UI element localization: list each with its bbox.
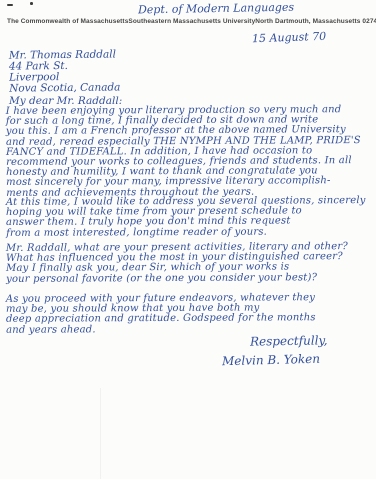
handwritten-department: Dept. of Modern Languages xyxy=(138,1,294,17)
paragraph-3: Mr. Raddall, what are your present activ… xyxy=(6,242,348,285)
paragraph-4: As you proceed with your future endeavor… xyxy=(6,293,316,335)
scan-artifact xyxy=(7,4,13,6)
scan-artifact xyxy=(30,2,33,5)
letterhead-center: Southeastern Massachusetts University xyxy=(128,18,255,25)
paragraph-1: I have been enjoying your literary produ… xyxy=(6,105,361,199)
valediction: Respectfully, xyxy=(250,333,328,348)
handwritten-line: your personal favorite (or the one you c… xyxy=(6,273,348,285)
letter-page: The Commonwealth of Massachusetts Southe… xyxy=(0,0,376,479)
address-line: Nova Scotia, Canada xyxy=(9,82,120,94)
paper-crease xyxy=(100,388,101,479)
paragraph-2: At this time, I would like to address yo… xyxy=(6,196,366,239)
letterhead: The Commonwealth of Massachusetts Southe… xyxy=(7,18,371,25)
letter-date: 15 August 70 xyxy=(252,30,327,46)
recipient-address: Mr. Thomas Raddall 44 Park St. Liverpool… xyxy=(9,49,121,94)
letterhead-left: The Commonwealth of Massachusetts xyxy=(7,18,128,25)
handwritten-line: from a most interested, longtime reader … xyxy=(6,227,366,239)
letterhead-right: North Dartmouth, Massachusetts 02747 xyxy=(255,18,376,25)
signature: Melvin B. Yoken xyxy=(222,352,320,369)
